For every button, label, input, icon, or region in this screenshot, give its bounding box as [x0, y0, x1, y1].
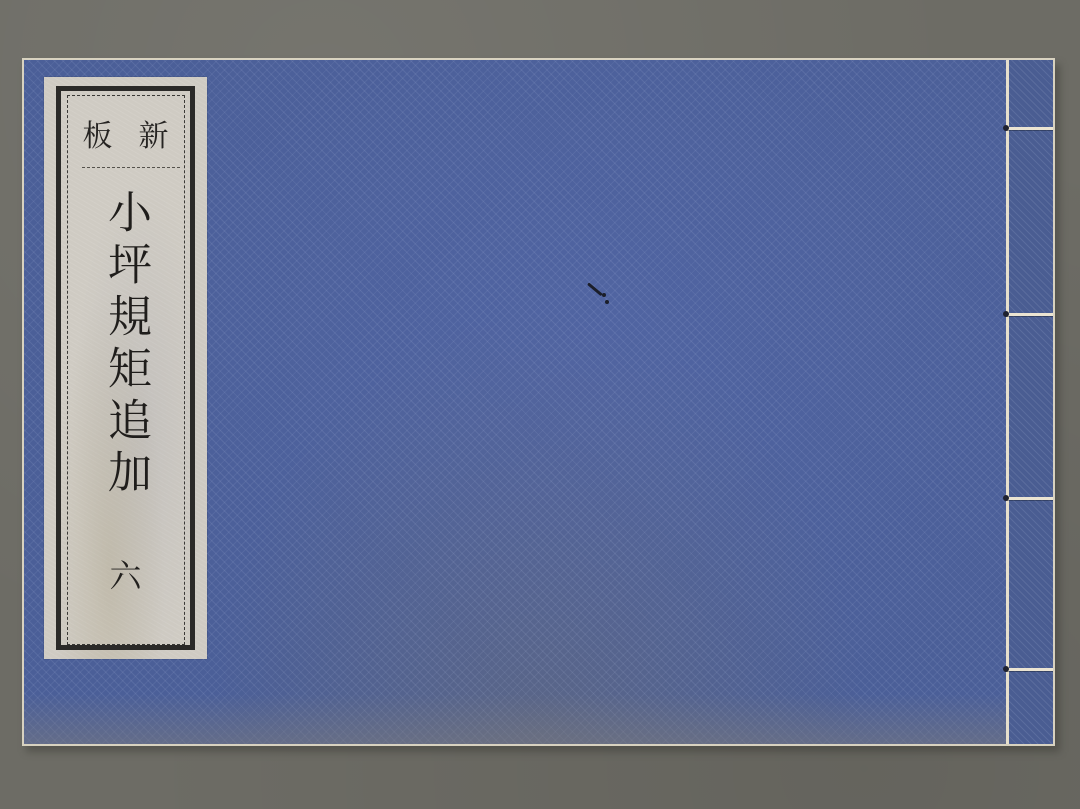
stitch-1	[1005, 127, 1055, 130]
subtitle-char-shin: 新	[139, 111, 169, 155]
subtitle-char-ban: 板	[83, 111, 113, 155]
stitch-3	[1005, 497, 1055, 500]
title-slip-divider	[82, 167, 180, 168]
ink-dot	[605, 300, 609, 304]
spine-strip	[1009, 60, 1053, 744]
ink-dot	[602, 293, 606, 297]
title-slip: 新 板 小坪規矩追加 六	[44, 77, 207, 659]
volume-number: 六	[44, 551, 207, 597]
book-title: 小坪規矩追加	[44, 189, 207, 501]
cover-fade	[24, 694, 1053, 744]
stitch-4	[1005, 668, 1055, 671]
book-cover: 新 板 小坪規矩追加 六	[22, 58, 1055, 746]
title-slip-subtitle: 新 板	[44, 111, 207, 155]
binding-thread-vertical	[1006, 60, 1009, 744]
stitch-2	[1005, 313, 1055, 316]
